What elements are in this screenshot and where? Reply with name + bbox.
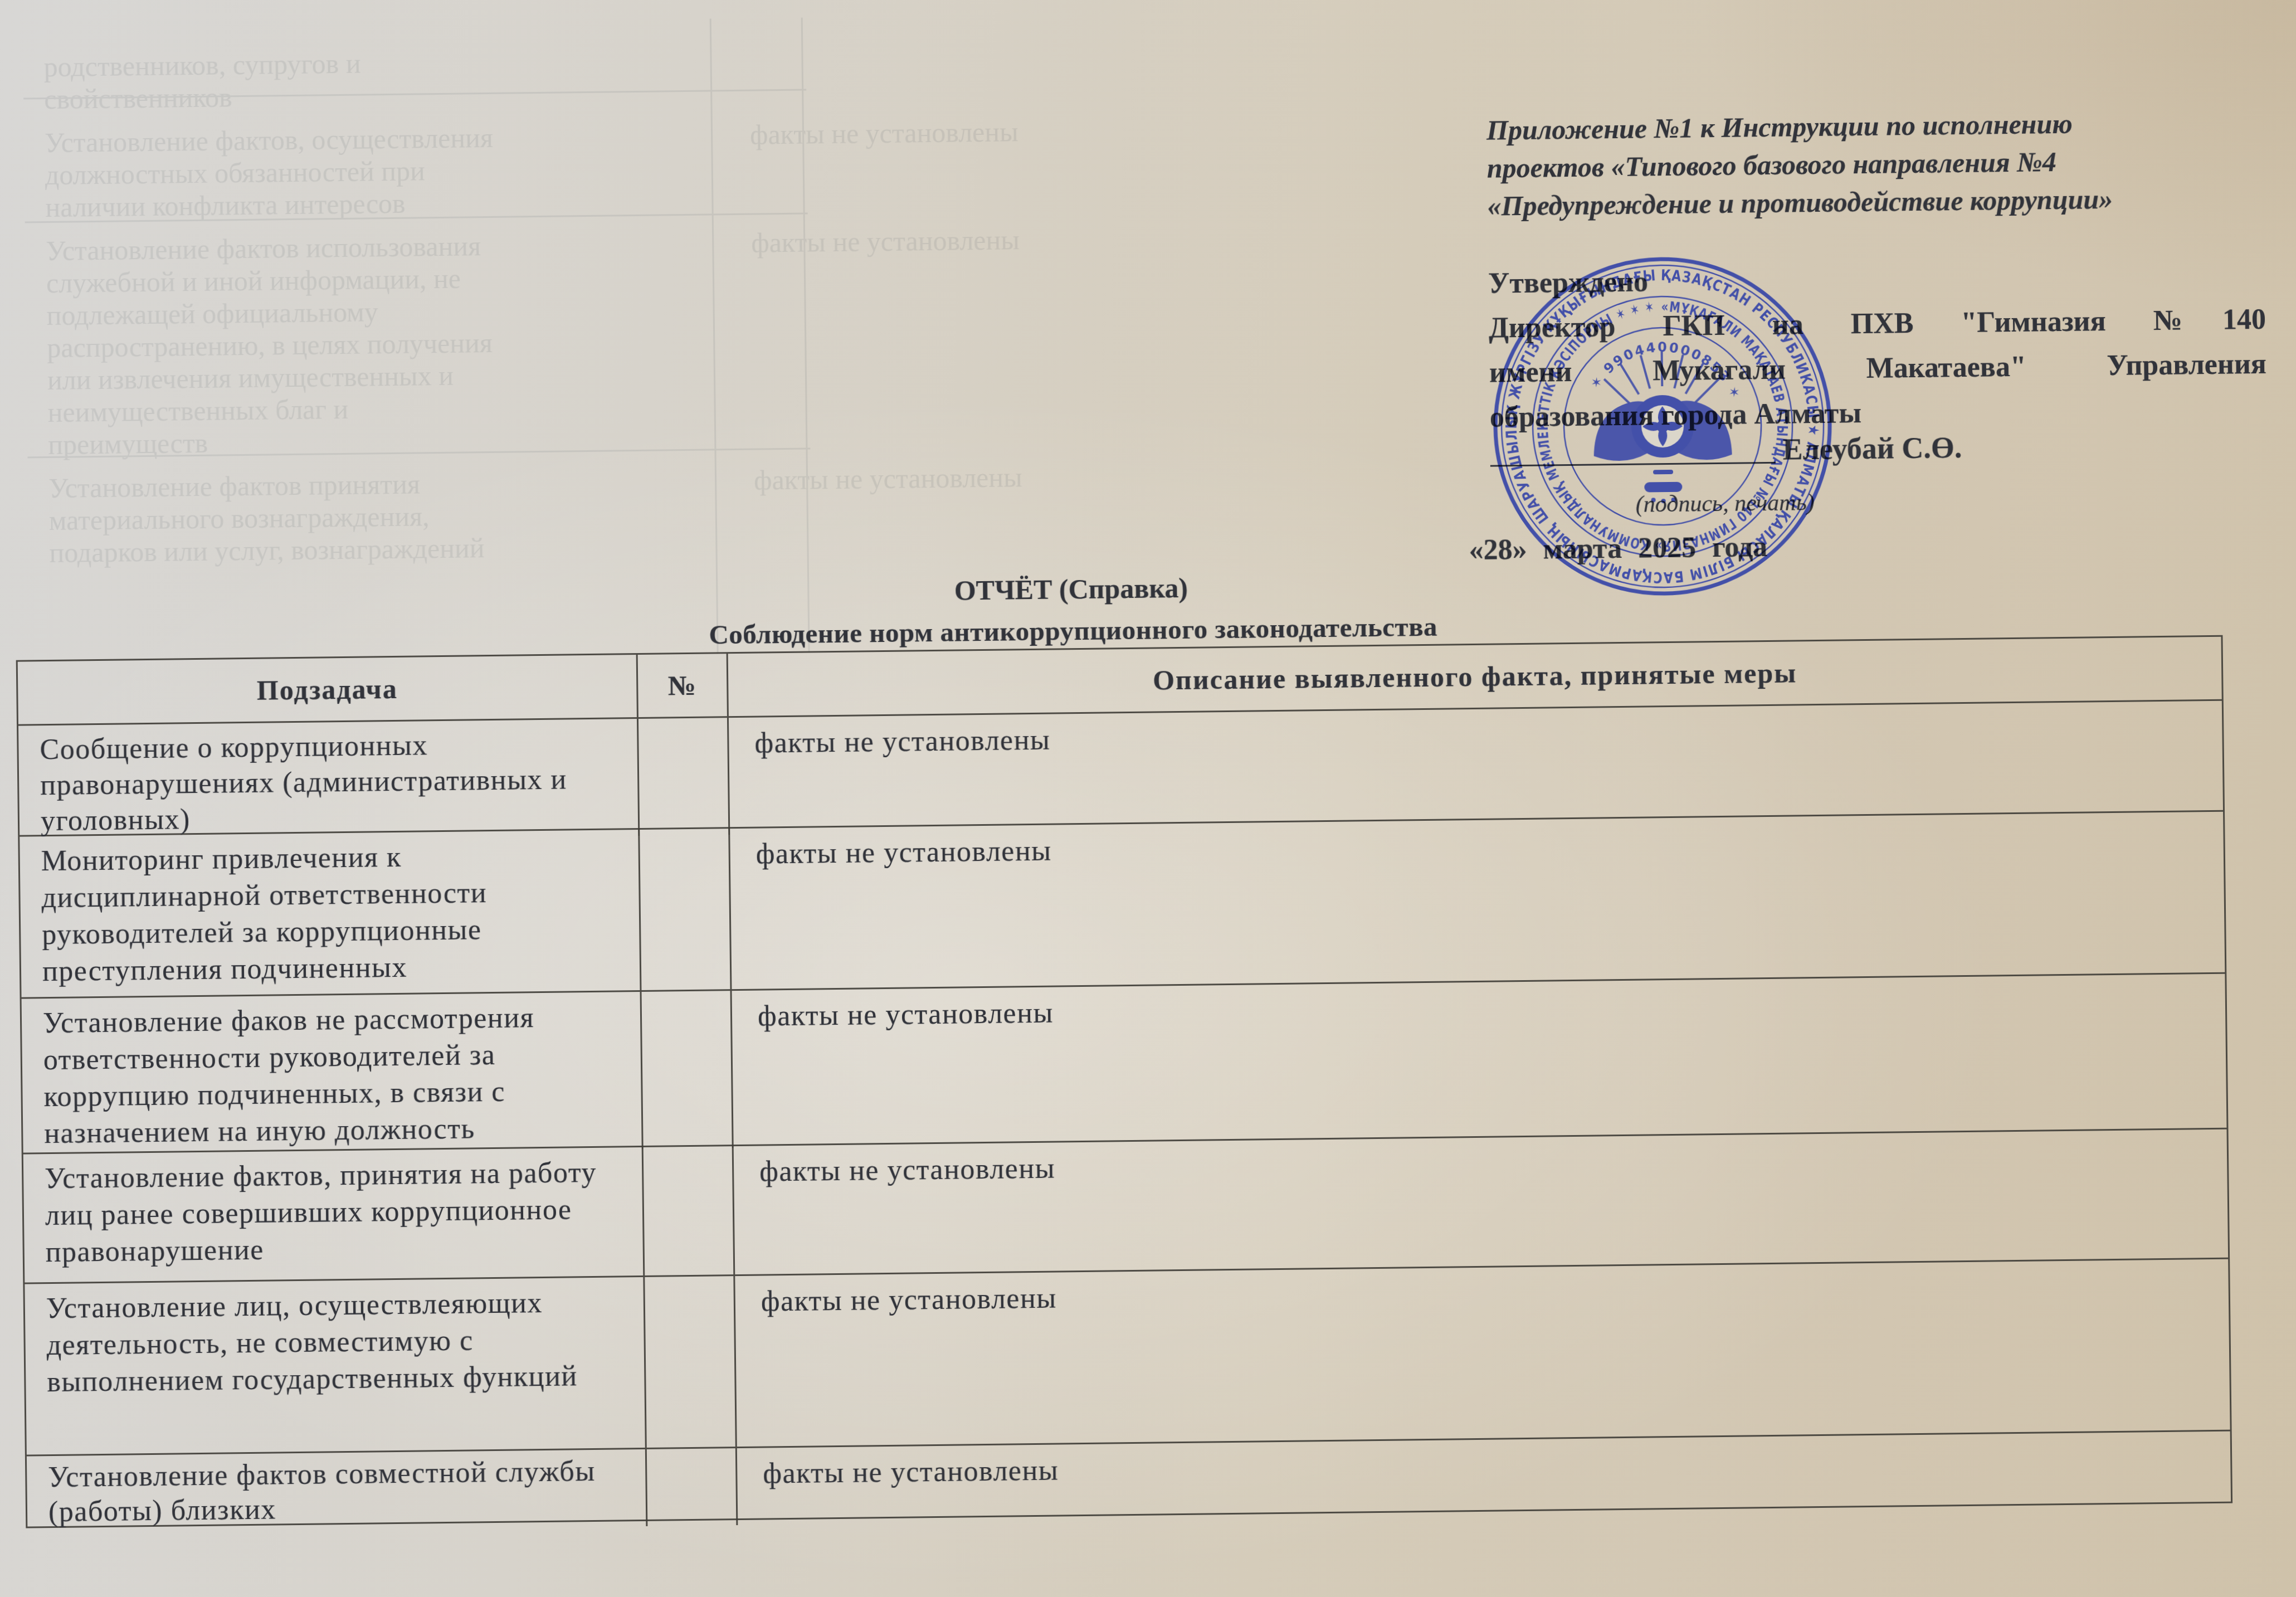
- cell-task: Установление факов не рассмотрения ответ…: [22, 992, 642, 1156]
- cell-number: [638, 829, 730, 990]
- cell-number: [643, 1276, 735, 1448]
- cell-number: [642, 1146, 734, 1275]
- bleed-rule: [801, 18, 810, 653]
- header-subtask: Подзадача: [18, 655, 637, 724]
- table-row: Мониторинг привлечения к дисциплинарной …: [20, 810, 2225, 997]
- cell-result: факты не установлены: [735, 1432, 2231, 1525]
- appendix-line: проектов «Типового базового направления …: [1486, 142, 2112, 187]
- cell-task: Сообщение о коррупционных правонарушения…: [18, 719, 638, 843]
- cell-number: [640, 991, 732, 1149]
- table-row: Установление лиц, осуществлеяющих деятел…: [25, 1258, 2230, 1455]
- cell-task: Установление фактов, принятия на работу …: [23, 1147, 644, 1283]
- cell-number: [645, 1448, 737, 1526]
- cell-result: факты не установлены: [728, 812, 2225, 989]
- cell-task: Установление лиц, осуществлеяющих деятел…: [25, 1277, 645, 1455]
- cell-task: Мониторинг привлечения к дисциплинарной …: [20, 830, 640, 997]
- appendix-line: Приложение №1 к Инструкции по исполнению: [1486, 104, 2112, 149]
- cell-number: [637, 718, 728, 836]
- official-stamp: ҚАЗАҚСТАН РЕСПУБЛИКАСЫ ★ АЛМАТЫ ҚАЛАСЫ Б…: [1476, 240, 1848, 612]
- table-row: Установление факов не рассмотрения ответ…: [22, 972, 2227, 1153]
- stamp-number: ✶ 990440000853 ✶: [1587, 338, 1744, 403]
- appendix-reference: Приложение №1 к Инструкции по исполнению…: [1486, 104, 2113, 225]
- bleed-line: подарков или услуг, вознаграждений: [49, 529, 713, 568]
- report-table: Подзадача № Описание выявленного факта, …: [16, 635, 2232, 1528]
- photo-of-document: { "header": { "appendix_lines": [ "Прило…: [0, 0, 2296, 1597]
- cell-result: факты не установлены: [732, 1129, 2228, 1274]
- bleed-value: факты не установлены: [750, 115, 1085, 151]
- paper-sheet: родственников, супругов и свойственников…: [0, 0, 2296, 1597]
- bleed-value: факты не установлены: [754, 460, 1089, 496]
- cell-task: Установление фактов совместной службы (р…: [27, 1449, 646, 1533]
- table-row: Установление фактов, принятия на работу …: [23, 1128, 2228, 1283]
- cell-result: факты не установлены: [733, 1259, 2230, 1447]
- cell-result: факты не установлены: [730, 974, 2227, 1148]
- appendix-line: «Предупреждение и противодействие корруп…: [1487, 180, 2113, 225]
- header-number: №: [636, 654, 727, 717]
- bleed-value: факты не установлены: [751, 223, 1086, 259]
